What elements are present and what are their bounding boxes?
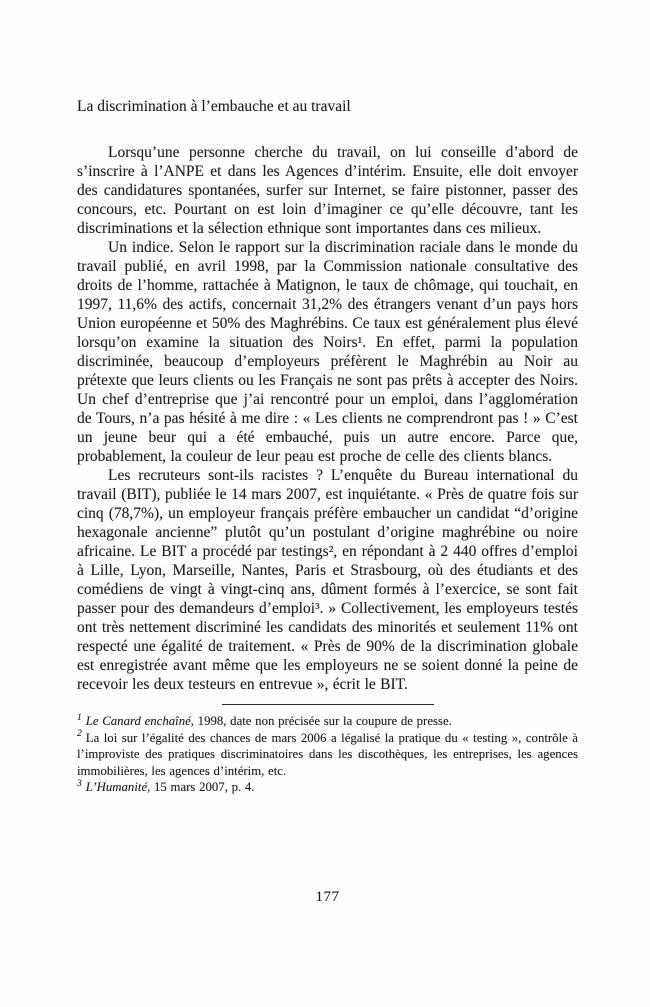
footnote-1-marker: 1 [77,713,82,723]
footnote-2: 2La loi sur l’égalité des chances de mar… [77,730,578,780]
footnotes-section: 1Le Canard enchaîné, 1998, date non préc… [77,713,578,796]
footnote-separator [222,704,434,705]
footnote-3-source: L’Humanité [86,780,147,794]
footnote-3: 3L’Humanité, 15 mars 2007, p. 4. [77,779,578,796]
page-number: 177 [77,888,578,907]
paragraph-3: Les recruteurs sont-ils racistes ? L’enq… [77,466,578,694]
footnote-1-text: , 1998, date non précisée sur la coupure… [191,714,452,728]
footnote-1-source: Le Canard enchaîné [86,714,191,728]
footnote-1: 1Le Canard enchaîné, 1998, date non préc… [77,713,578,730]
running-header: La discrimination à l’embauche et au tra… [77,97,578,116]
footnote-3-text: , 15 mars 2007, p. 4. [147,780,254,794]
scanned-book-page: La discrimination à l’embauche et au tra… [0,0,650,1007]
footnote-3-marker: 3 [77,779,82,789]
text-block: La discrimination à l’embauche et au tra… [77,97,578,796]
body-text: Lorsqu’une personne cherche du travail, … [77,143,578,694]
footnote-2-text: La loi sur l’égalité des chances de mars… [77,731,578,778]
paragraph-2: Un indice. Selon le rapport sur la discr… [77,238,578,466]
footnote-2-marker: 2 [77,729,82,739]
paragraph-1: Lorsqu’une personne cherche du travail, … [77,143,578,238]
